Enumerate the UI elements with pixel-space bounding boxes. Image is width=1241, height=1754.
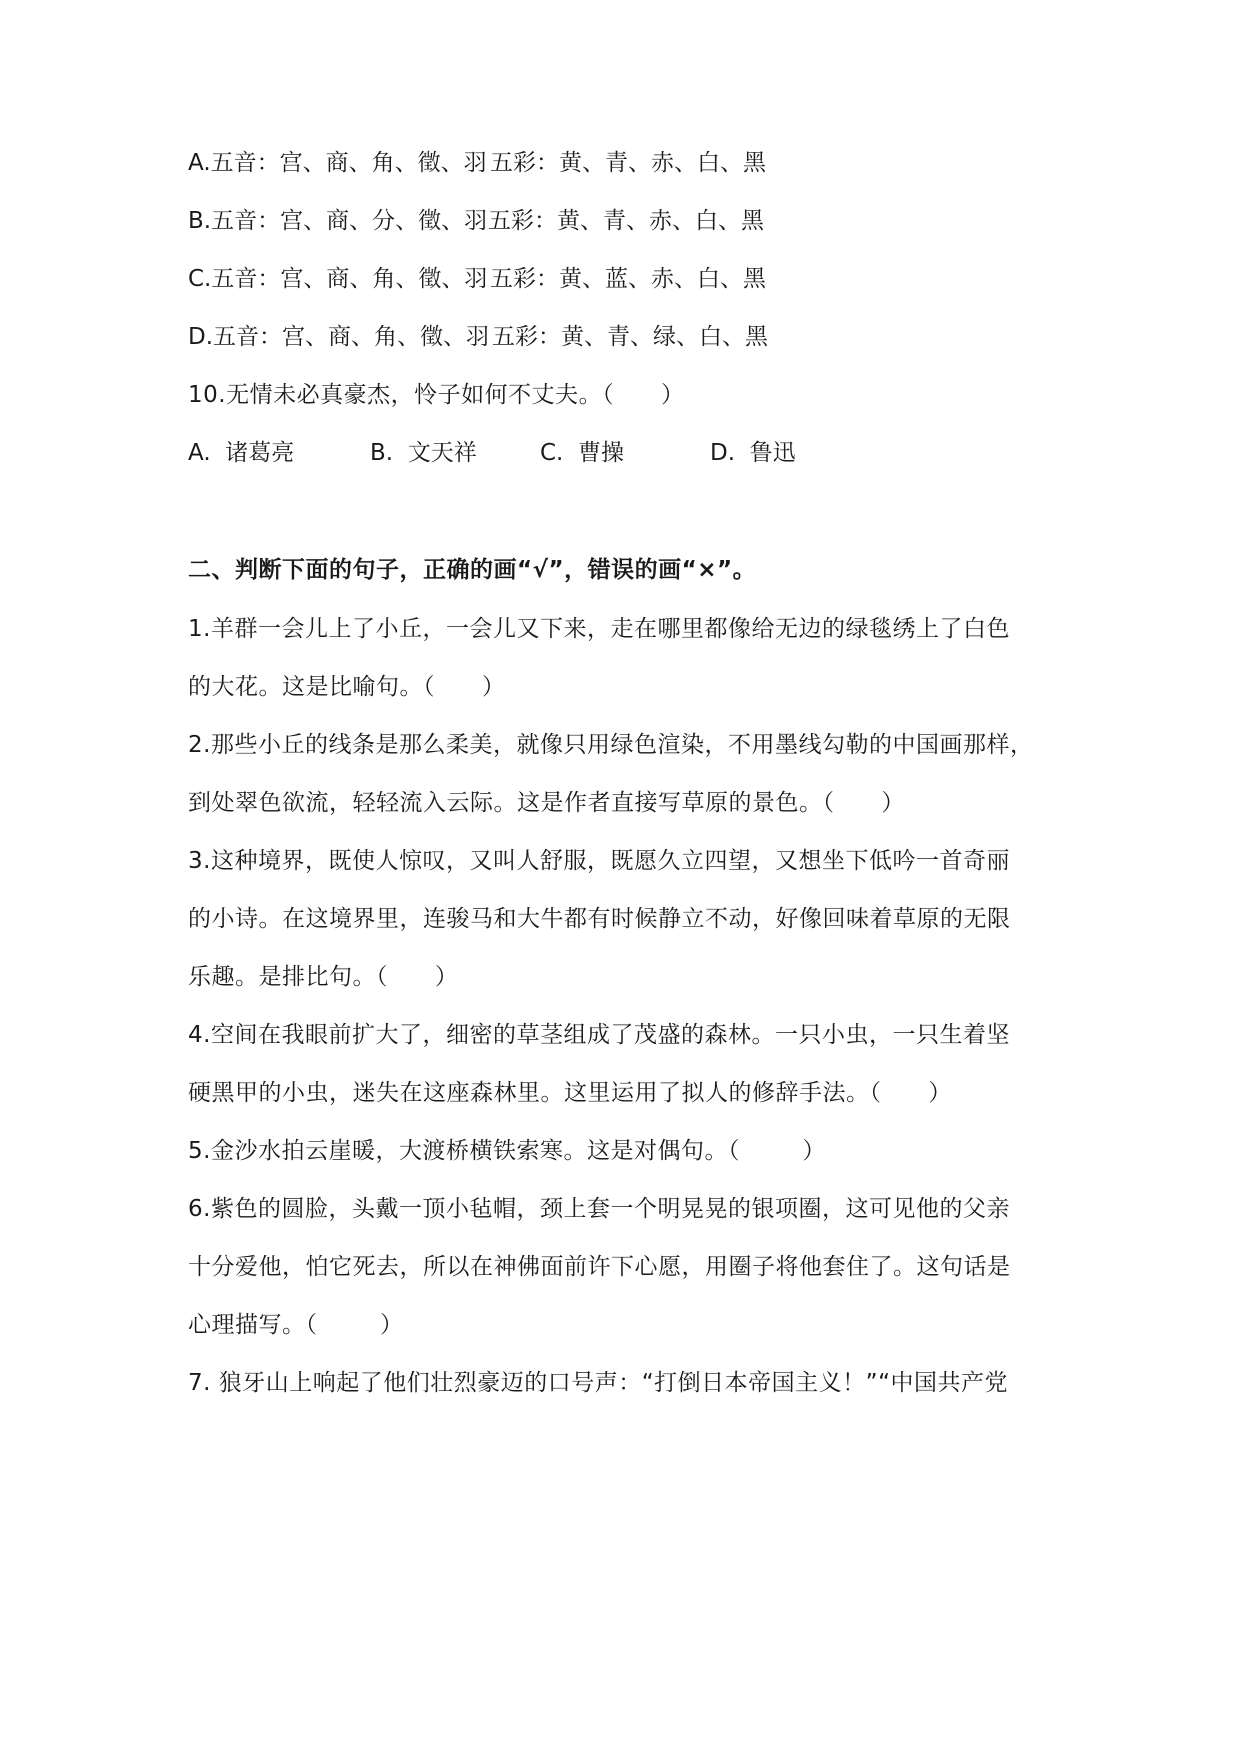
s2-line-1: 1.羊群一会儿上了小丘，一会儿又下来，走在哪里都像给无边的绿毯绣上了白色 (188, 614, 1010, 644)
s2-line-11: 6.紫色的圆脸，头戴一顶小毡帽，颈上套一个明晃晃的银项圈，这可见他的父亲 (188, 1194, 1010, 1224)
s2-line-10: 5.金沙水拍云崖暖，大渡桥横铁索寒。这是对偶句。（ ） (188, 1136, 826, 1166)
s2-line-9: 硬黑甲的小虫，迷失在这座森林里。这里运用了拟人的修辞手法。（ ） (188, 1078, 952, 1108)
q10-options: A. 诸葛亮 B. 文天祥 C. 曹操 D. 鲁迅 (188, 438, 217, 618)
q10-option-a: A. 诸葛亮 (188, 438, 294, 468)
s2-line-4: 到处翠色欲流，轻轻流入云际。这是作者直接写草原的景色。（ ） (188, 788, 905, 818)
q9-option-a-notes: A.五音：宫、商、角、徵、羽 (188, 148, 487, 178)
s2-line-5: 3.这种境界，既使人惊叹，又叫人舒服，既愿久立四望，又想坐下低吟一首奇丽 (188, 846, 1010, 876)
s2-line-14: 7. 狼牙山上响起了他们壮烈豪迈的口号声：“打倒日本帝国主义！”“中国共产党 (188, 1368, 1008, 1398)
q9-option-b-notes: B.五音：宫、商、分、徵、羽 (188, 206, 487, 236)
s2-line-6: 的小诗。在这境界里，连骏马和大牛都有时候静立不动，好像回味着草原的无限 (188, 904, 1011, 934)
s2-line-12: 十分爱他，怕它死去，所以在神佛面前许下心愿，用圈子将他套住了。这句话是 (188, 1252, 1011, 1282)
s2-line-13: 心理描写。（ ） (188, 1310, 404, 1340)
q9-option-c-notes: C.五音：宫、商、角、徵、羽 (188, 264, 487, 294)
s2-line-3: 2.那些小丘的线条是那么柔美，就像只用绿色渲染，不用墨线勾勒的中国画那样， (188, 730, 1033, 760)
s2-line-7: 乐趣。是排比句。（ ） (188, 962, 458, 992)
worksheet-page: A.五音：宫、商、角、徵、羽 五彩：黄、青、赤、白、黑 B.五音：宫、商、分、徵… (0, 0, 1241, 1754)
q10-option-b: B. 文天祥 (370, 438, 477, 468)
q10-option-c: C. 曹操 (540, 438, 624, 468)
q9-option-c-colors: 五彩：黄、蓝、赤、白、黑 (490, 264, 766, 294)
q9-option-d-notes: D.五音：宫、商、角、徵、羽 (188, 322, 489, 352)
s2-line-2: 的大花。这是比喻句。（ ） (188, 672, 505, 702)
q10-stem: 10.无情未必真豪杰，怜子如何不丈夫。（ ） (188, 380, 684, 410)
q9-option-b-colors: 五彩：黄、青、赤、白、黑 (488, 206, 764, 236)
s2-line-8: 4.空间在我眼前扩大了，细密的草茎组成了茂盛的森林。一只小虫，一只生着坚 (188, 1020, 1010, 1050)
section2-title: 二、判断下面的句子，正确的画“√”，错误的画“×”。 (188, 555, 756, 585)
q10-option-d: D. 鲁迅 (710, 438, 796, 468)
q9-option-d-colors: 五彩：黄、青、绿、白、黑 (492, 322, 768, 352)
q9-option-a-colors: 五彩：黄、青、赤、白、黑 (490, 148, 766, 178)
